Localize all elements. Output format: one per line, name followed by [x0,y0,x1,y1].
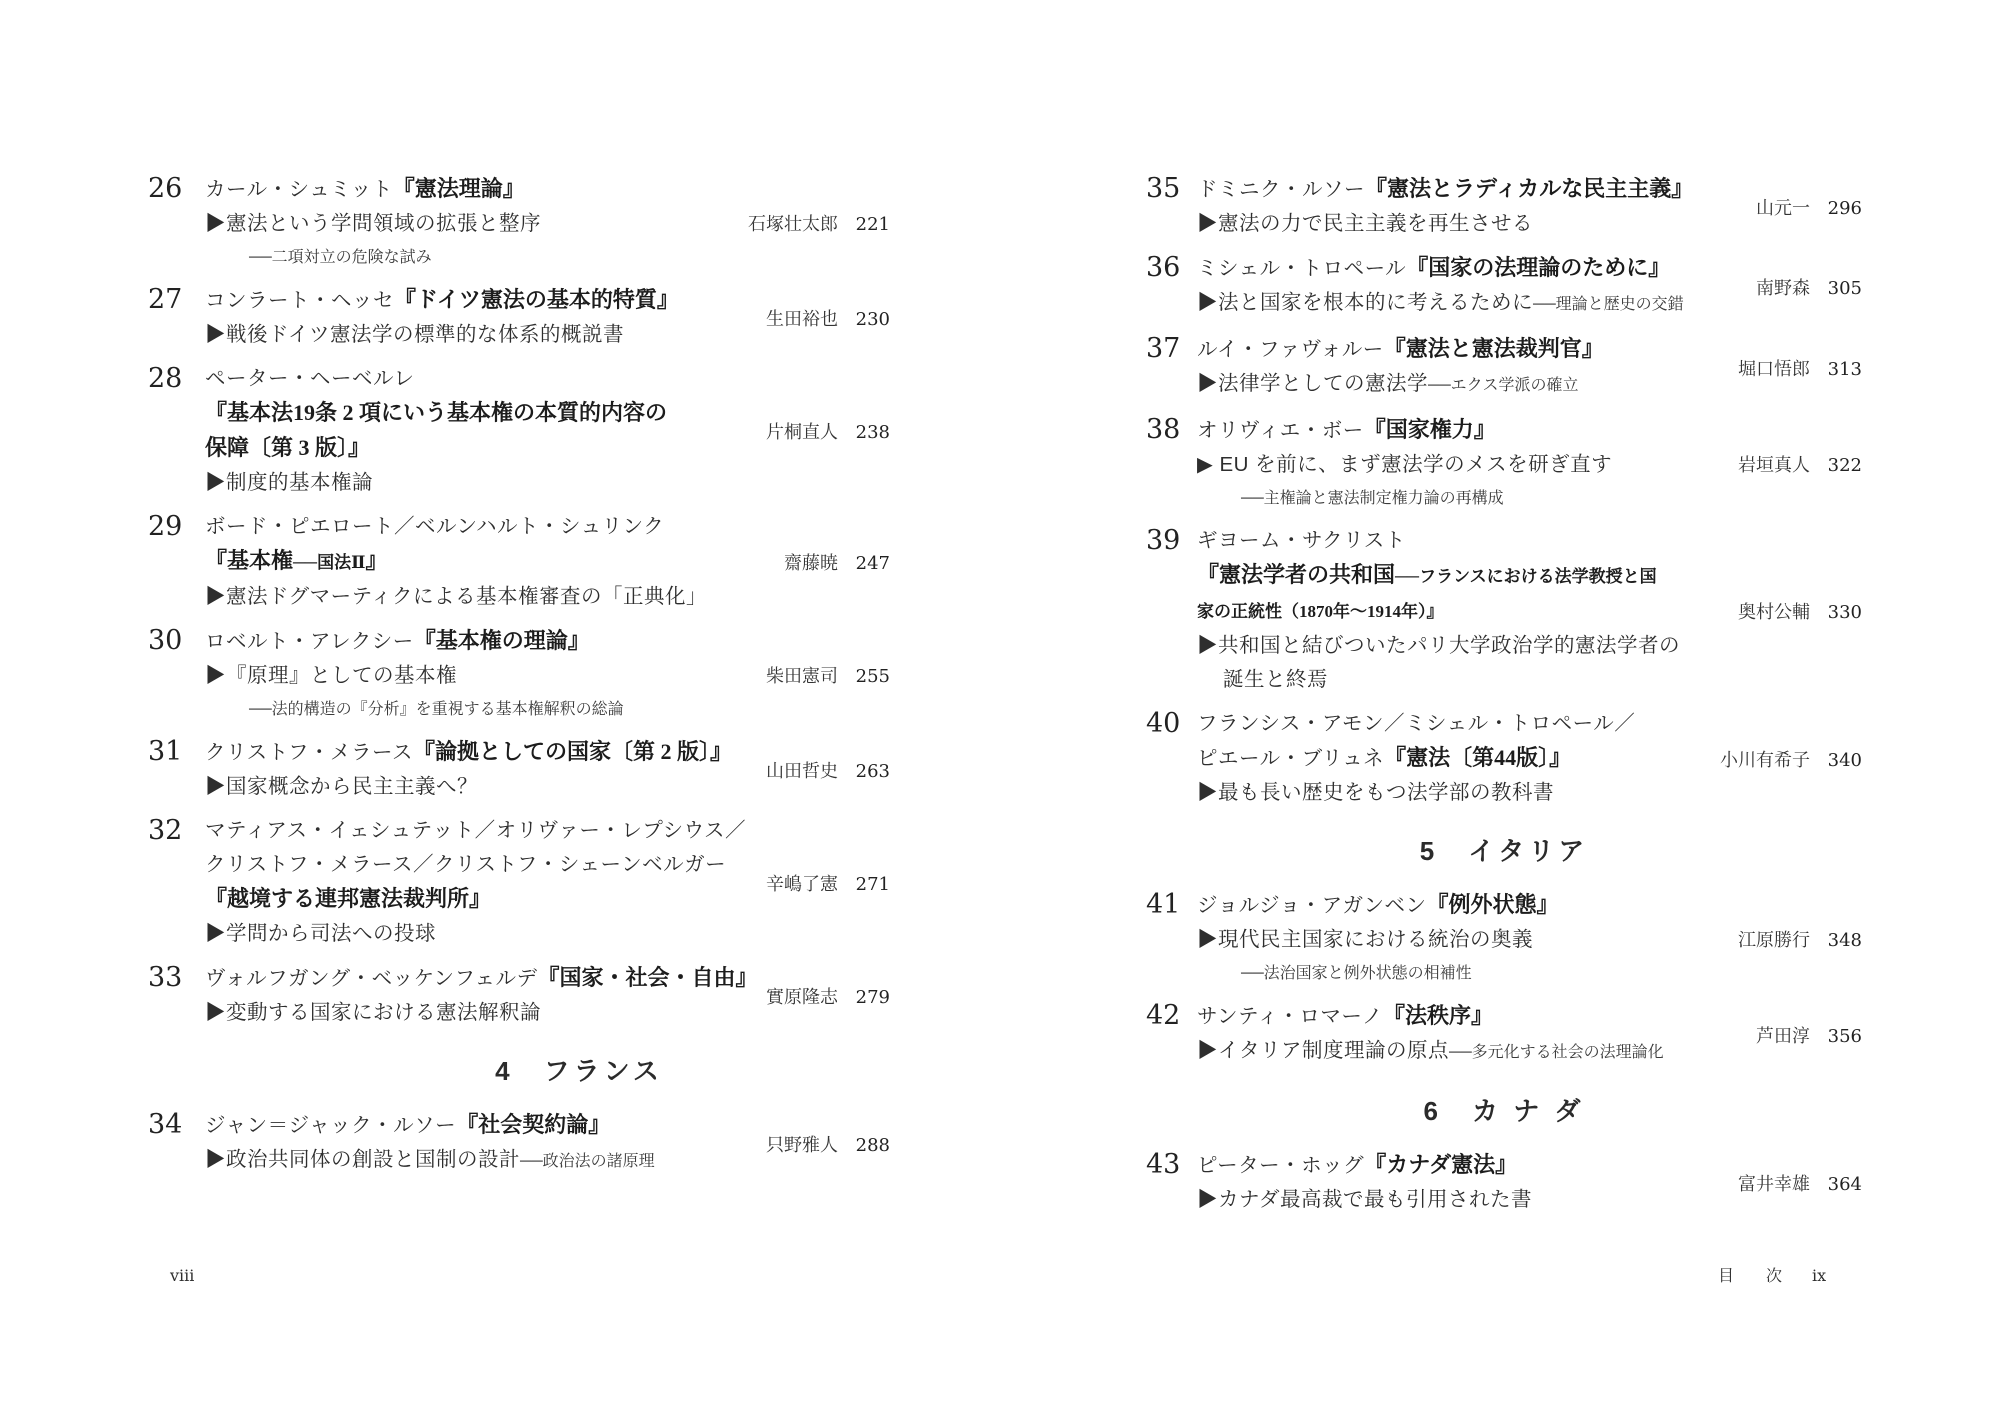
entry-author: 富井幸雄 [1738,1170,1810,1196]
entry-line: 家の正統性（1870年～1914年）』 [1197,594,1684,629]
entry-author: 堀口悟郎 [1738,355,1810,381]
dash-subtitle-text: ──理論と歴史の交錯 [1533,296,1684,313]
entry-text: ▶イタリア制度理論の原点 [1197,1039,1449,1062]
entry-text: ボード・ピエロート／ベルンハルト・シュリンク [205,515,664,538]
entry-line: ▶カナダ最高裁で最も引用された書 [1197,1183,1684,1217]
entry-author: 柴田憲司 [766,662,838,688]
footer-left-page-number: viii [170,1266,194,1286]
entry-number: 39 [1146,524,1197,697]
entry-meta: 堀口悟郎313 [1684,355,1862,381]
entry-page-number: 271 [838,874,890,895]
footer-right: 目 次 ix [1718,1266,1826,1287]
entry-text: ▶法律学としての憲法学 [1197,372,1428,395]
entry-meta: 南野森305 [1684,274,1862,300]
entry-page-number: 356 [1810,1026,1862,1047]
entry-number: 27 [148,283,205,352]
entry-number: 31 [148,735,205,804]
entry-lines: ルイ・ファヴォルー『憲法と憲法裁判官』▶法律学としての憲法学──エクス学派の確立 [1197,332,1684,403]
entry-text: ピーター・ホッグ [1197,1154,1364,1177]
entry-page-number: 305 [1810,278,1862,299]
entry-text: ペーター・ヘーベルレ [205,367,415,390]
entry-number: 38 [1146,413,1197,514]
entry-author: 奥村公輔 [1738,598,1810,624]
entry-text: ロベルト・アレクシー [205,630,414,653]
entry-lines: フランシス・アモン／ミシェル・トロペール／ピエール・ブリュネ『憲法〔第44版〕』… [1197,707,1684,810]
footer-toc-label: 目 次 [1718,1267,1790,1287]
entry-line: ボード・ピエロート／ベルンハルト・シュリンク [205,510,712,544]
dash-subtitle-text: ──主権論と憲法制定権力論の再構成 [1241,490,1504,507]
entry-lines: コンラート・ヘッセ『ドイツ憲法の基本的特質』▶戦後ドイツ憲法学の標準的な体系的概… [205,283,712,352]
entry-lines: ギヨーム・サクリスト『憲法学者の共和国──フランスにおける法学教授と国家の正統性… [1197,524,1684,697]
entry-number: 40 [1146,707,1197,810]
book-title-text: 『国家権力』 [1364,417,1496,442]
toc-spread: 26カール・シュミット『憲法理論』▶憲法という学問領域の拡張と整序──二項対立の… [0,0,2000,1414]
entry-author: 小川有希子 [1720,746,1810,772]
entry-author: 芦田淳 [1756,1022,1810,1048]
entry-lines: ドミニク・ルソー『憲法とラディカルな民主主義』▶憲法の力で民主主義を再生させる [1197,172,1684,241]
toc-entry: 30ロベルト・アレクシー『基本権の理論』▶『原理』としての基本権──法的構造の『… [148,624,890,725]
toc-entry: 29ボード・ピエロート／ベルンハルト・シュリンク『基本権──国法Ⅱ』▶憲法ドグマ… [148,510,890,614]
entry-text: ▶学問から司法への投球 [205,922,436,945]
entry-number: 42 [1146,999,1197,1070]
toc-entry: 40フランシス・アモン／ミシェル・トロペール／ピエール・ブリュネ『憲法〔第44版… [1146,707,1862,810]
entry-page-number: 238 [838,422,890,443]
entry-meta: 片桐直人238 [712,418,890,444]
dash-subtitle-text: ──法的構造の『分析』を重視する基本権解釈の総論 [249,701,624,718]
toc-entry: 43ピーター・ホッグ『カナダ憲法』▶カナダ最高裁で最も引用された書富井幸雄364 [1146,1148,1862,1217]
entry-line: ピーター・ホッグ『カナダ憲法』 [1197,1148,1684,1183]
entry-meta: 齋藤暁247 [712,549,890,575]
section-heading: 4 フランス [208,1054,950,1088]
entry-text: ヴォルフガング・ベッケンフェルデ [205,967,538,990]
book-title-text: 』 [365,548,387,573]
entry-line: ピエール・ブリュネ『憲法〔第44版〕』 [1197,741,1684,776]
entry-text: ▶国家概念から民主主義へ？ [205,775,478,798]
entry-text: ▶現代民主国家における統治の奥義 [1197,928,1533,951]
entry-line: 保障〔第 3 版〕』 [205,431,712,466]
entry-line: ロベルト・アレクシー『基本権の理論』 [205,624,712,659]
entry-text: ▶憲法の力で民主主義を再生させる [1197,212,1533,235]
entry-lines: ジョルジョ・アガンベン『例外状態』▶現代民主国家における統治の奥義──法治国家と… [1197,888,1684,989]
entry-meta: 岩垣真人322 [1684,451,1862,477]
dash-subtitle-text: ──法治国家と例外状態の相補性 [1241,965,1472,982]
book-title-text: 『カナダ憲法』 [1364,1152,1517,1177]
book-title-text: 保障〔第 3 版〕』 [205,435,370,460]
entry-line: ルイ・ファヴォルー『憲法と憲法裁判官』 [1197,332,1684,367]
entry-page-number: 330 [1810,602,1862,623]
page-right: 35ドミニク・ルソー『憲法とラディカルな民主主義』▶憲法の力で民主主義を再生させ… [1146,0,1862,1227]
entry-lines: ジャン＝ジャック・ルソー『社会契約論』▶政治共同体の創設と国制の設計──政治法の… [205,1108,712,1179]
entry-text: ▶ EU を前に、まず憲法学のメスを研ぎ直す [1197,453,1612,476]
entry-number: 33 [148,961,205,1030]
entry-line: ▶『原理』としての基本権 [205,659,712,693]
entry-line: ▶憲法の力で民主主義を再生させる [1197,207,1684,241]
entry-line: サンティ・ロマーノ『法秩序』 [1197,999,1684,1034]
entry-lines: クリストフ・メラース『論拠としての国家〔第 2 版〕』▶国家概念から民主主義へ？ [205,735,712,804]
entry-page-number: 263 [838,761,890,782]
entry-meta: 江原勝行348 [1684,926,1862,952]
entry-lines: サンティ・ロマーノ『法秩序』▶イタリア制度理論の原点──多元化する社会の法理論化 [1197,999,1684,1070]
entry-meta: 辛嶋了憲271 [712,870,890,896]
entry-page-number: 230 [838,309,890,330]
book-title-text: 『社会契約論』 [456,1112,610,1137]
entry-number: 41 [1146,888,1197,989]
entry-text: ▶憲法ドグマーティクによる基本権審査の「正典化」 [205,585,707,608]
entry-text: クリストフ・メラース／クリストフ・シェーンベルガー [205,853,726,876]
entry-line: ──法治国家と例外状態の相補性 [1197,957,1684,989]
toc-entry: 33ヴォルフガング・ベッケンフェルデ『国家・社会・自由』▶変動する国家における憲… [148,961,890,1030]
entry-line: ペーター・ヘーベルレ [205,362,712,396]
dash-subtitle-text: ──政治法の諸原理 [520,1153,655,1170]
entry-line: ▶制度的基本権論 [205,466,712,500]
entry-number: 32 [148,814,205,951]
entry-text: ジャン＝ジャック・ルソー [205,1114,456,1137]
entry-line: ▶憲法という学問領域の拡張と整序 [205,207,712,241]
book-title-small-text: 家の正統性（1870年～1914年）』 [1197,602,1444,621]
toc-entry: 36ミシェル・トロペール『国家の法理論のために』▶法と国家を根本的に考えるために… [1146,251,1862,322]
entry-author: 齋藤暁 [784,549,838,575]
entry-line: ▶イタリア制度理論の原点──多元化する社会の法理論化 [1197,1034,1684,1070]
entry-meta: 實原隆志279 [712,983,890,1009]
entry-author: 江原勝行 [1738,926,1810,952]
entry-text: ▶憲法という学問領域の拡張と整序 [205,212,541,235]
entry-line: ▶現代民主国家における統治の奥義 [1197,923,1684,957]
entry-author: 石塚壮太郎 [748,210,838,236]
entry-text: 誕生と終焉 [1223,668,1328,691]
page-right-items: 35ドミニク・ルソー『憲法とラディカルな民主主義』▶憲法の力で民主主義を再生させ… [1146,172,1862,1217]
entry-text: ギヨーム・サクリスト [1197,529,1406,552]
toc-entry: 42サンティ・ロマーノ『法秩序』▶イタリア制度理論の原点──多元化する社会の法理… [1146,999,1862,1070]
toc-entry: 26カール・シュミット『憲法理論』▶憲法という学問領域の拡張と整序──二項対立の… [148,172,890,273]
entry-text: マティアス・イェシュテット／オリヴァー・レプシウス／ [205,819,746,842]
entry-number: 37 [1146,332,1197,403]
section-heading: 6 カ ナ ダ [1146,1094,1862,1128]
entry-text: ▶戦後ドイツ憲法学の標準的な体系的概説書 [205,323,624,346]
entry-line: ──二項対立の危険な試み [205,241,712,273]
entry-lines: ヴォルフガング・ベッケンフェルデ『国家・社会・自由』▶変動する国家における憲法解… [205,961,712,1030]
entry-line: ▶法律学としての憲法学──エクス学派の確立 [1197,367,1684,403]
entry-author: 南野森 [1756,274,1810,300]
toc-entry: 38オリヴィエ・ボー『国家権力』▶ EU を前に、まず憲法学のメスを研ぎ直す──… [1146,413,1862,514]
entry-page-number: 279 [838,987,890,1008]
book-title-text: 『例外状態』 [1426,892,1558,917]
entry-page-number: 255 [838,666,890,687]
entry-page-number: 322 [1810,455,1862,476]
entry-line: 『基本法19条 2 項にいう基本権の本質的内容の [205,396,712,431]
entry-text: ▶政治共同体の創設と国制の設計 [205,1148,520,1171]
entry-author: 片桐直人 [766,418,838,444]
entry-line: ▶最も長い歴史をもつ法学部の教科書 [1197,776,1684,810]
entry-lines: ミシェル・トロペール『国家の法理論のために』▶法と国家を根本的に考えるために──… [1197,251,1684,322]
entry-line: ドミニク・ルソー『憲法とラディカルな民主主義』 [1197,172,1684,207]
entry-meta: 石塚壮太郎221 [712,210,890,236]
book-title-text: 『ドイツ憲法の基本的特質』 [394,287,679,312]
entry-lines: ボード・ピエロート／ベルンハルト・シュリンク『基本権──国法Ⅱ』▶憲法ドグマーテ… [205,510,712,614]
entry-page-number: 247 [838,553,890,574]
entry-page-number: 221 [838,214,890,235]
page-left: 26カール・シュミット『憲法理論』▶憲法という学問領域の拡張と整序──二項対立の… [148,0,890,1189]
entry-line: オリヴィエ・ボー『国家権力』 [1197,413,1684,448]
entry-lines: ピーター・ホッグ『カナダ憲法』▶カナダ最高裁で最も引用された書 [1197,1148,1684,1217]
book-title-text: 『国家の法理論のために』 [1406,255,1670,280]
book-title-text: 『憲法とラディカルな民主主義』 [1365,176,1693,201]
footer-right-page-number: ix [1812,1266,1826,1286]
entry-number: 36 [1146,251,1197,322]
entry-line: 『越境する連邦憲法裁判所』 [205,882,712,917]
entry-line: ──法的構造の『分析』を重視する基本権解釈の総論 [205,693,712,725]
entry-line: コンラート・ヘッセ『ドイツ憲法の基本的特質』 [205,283,712,318]
entry-text: オリヴィエ・ボー [1197,419,1364,442]
entry-meta: 芦田淳356 [1684,1022,1862,1048]
entry-text: ▶制度的基本権論 [205,471,373,494]
entry-text: ▶変動する国家における憲法解釈論 [205,1001,541,1024]
book-title-small-text: ──フランスにおける法学教授と国 [1395,567,1657,586]
entry-text: クリストフ・メラース [205,741,413,764]
entry-line: 『基本権──国法Ⅱ』 [205,544,712,580]
toc-entry: 39ギヨーム・サクリスト『憲法学者の共和国──フランスにおける法学教授と国家の正… [1146,524,1862,697]
entry-text: ドミニク・ルソー [1197,178,1365,201]
entry-number: 29 [148,510,205,614]
entry-line: クリストフ・メラース／クリストフ・シェーンベルガー [205,848,712,882]
book-title-text: 『憲法と憲法裁判官』 [1384,336,1604,361]
entry-meta: 山元一296 [1684,194,1862,220]
toc-entry: 31クリストフ・メラース『論拠としての国家〔第 2 版〕』▶国家概念から民主主義… [148,735,890,804]
toc-entry: 35ドミニク・ルソー『憲法とラディカルな民主主義』▶憲法の力で民主主義を再生させ… [1146,172,1862,241]
entry-page-number: 288 [838,1135,890,1156]
entry-text: ▶『原理』としての基本権 [205,664,457,687]
entry-line: ▶法と国家を根本的に考えるために──理論と歴史の交錯 [1197,286,1684,322]
book-title-text: 『憲法〔第44版〕』 [1384,745,1571,770]
toc-entry: 28ペーター・ヘーベルレ『基本法19条 2 項にいう基本権の本質的内容の保障〔第… [148,362,890,500]
entry-number: 34 [148,1108,205,1179]
entry-number: 30 [148,624,205,725]
entry-line: ▶政治共同体の創設と国制の設計──政治法の諸原理 [205,1143,712,1179]
entry-meta: 生田裕也230 [712,305,890,331]
entry-meta: 奥村公輔330 [1684,598,1862,624]
entry-lines: ペーター・ヘーベルレ『基本法19条 2 項にいう基本権の本質的内容の保障〔第 3… [205,362,712,500]
book-title-text: 『憲法理論』 [393,176,525,201]
book-title-text: 『基本権 [205,548,293,573]
entry-line: クリストフ・メラース『論拠としての国家〔第 2 版〕』 [205,735,712,770]
entry-line: ジャン＝ジャック・ルソー『社会契約論』 [205,1108,712,1143]
entry-text: ミシェル・トロペール [1197,257,1406,280]
entry-line: ▶国家概念から民主主義へ？ [205,770,712,804]
entry-text: ▶最も長い歴史をもつ法学部の教科書 [1197,781,1554,804]
entry-line: ジョルジョ・アガンベン『例外状態』 [1197,888,1684,923]
entry-page-number: 364 [1810,1174,1862,1195]
entry-line: ギヨーム・サクリスト [1197,524,1684,558]
entry-line: ヴォルフガング・ベッケンフェルデ『国家・社会・自由』 [205,961,712,996]
entry-author: 實原隆志 [766,983,838,1009]
entry-lines: オリヴィエ・ボー『国家権力』▶ EU を前に、まず憲法学のメスを研ぎ直す──主権… [1197,413,1684,514]
entry-author: 只野雅人 [766,1131,838,1157]
entry-text: ▶カナダ最高裁で最も引用された書 [1197,1188,1532,1211]
entry-line: フランシス・アモン／ミシェル・トロペール／ [1197,707,1684,741]
entry-text: ▶共和国と結びついたパリ大学政治学的憲法学者の [1197,634,1680,657]
book-title-text: 『論拠としての国家〔第 2 版〕』 [413,739,732,764]
entry-lines: カール・シュミット『憲法理論』▶憲法という学問領域の拡張と整序──二項対立の危険… [205,172,712,273]
entry-lines: マティアス・イェシュテット／オリヴァー・レプシウス／クリストフ・メラース／クリス… [205,814,712,951]
entry-lines: ロベルト・アレクシー『基本権の理論』▶『原理』としての基本権──法的構造の『分析… [205,624,712,725]
book-title-text: 『法秩序』 [1383,1003,1493,1028]
toc-entry: 34ジャン＝ジャック・ルソー『社会契約論』▶政治共同体の創設と国制の設計──政治… [148,1108,890,1179]
entry-line: ▶憲法ドグマーティクによる基本権審査の「正典化」 [205,580,712,614]
entry-line: カール・シュミット『憲法理論』 [205,172,712,207]
entry-author: 山田哲史 [766,757,838,783]
entry-line: ──主権論と憲法制定権力論の再構成 [1197,482,1684,514]
entry-line: ▶共和国と結びついたパリ大学政治学的憲法学者の [1197,629,1684,663]
entry-author: 岩垣真人 [1738,451,1810,477]
entry-meta: 富井幸雄364 [1684,1170,1862,1196]
entry-meta: 柴田憲司255 [712,662,890,688]
entry-author: 辛嶋了憲 [766,870,838,896]
entry-line: ▶ EU を前に、まず憲法学のメスを研ぎ直す [1197,448,1684,482]
entry-text: フランシス・アモン／ミシェル・トロペール／ [1197,712,1635,735]
entry-meta: 山田哲史263 [712,757,890,783]
book-title-text: 『憲法学者の共和国 [1197,562,1395,587]
entry-page-number: 348 [1810,930,1862,951]
entry-line: ▶戦後ドイツ憲法学の標準的な体系的概説書 [205,318,712,352]
entry-page-number: 340 [1810,750,1862,771]
book-title-small-text: ──国法Ⅱ [293,553,365,572]
entry-meta: 小川有希子340 [1684,746,1862,772]
book-title-text: 『基本法19条 2 項にいう基本権の本質的内容の [205,400,667,425]
entry-text: ▶法と国家を根本的に考えるために [1197,291,1533,314]
entry-page-number: 296 [1810,198,1862,219]
section-heading: 5 イタリア [1146,834,1862,868]
toc-entry: 41ジョルジョ・アガンベン『例外状態』▶現代民主国家における統治の奥義──法治国… [1146,888,1862,989]
entry-text: サンティ・ロマーノ [1197,1005,1383,1028]
entry-line: マティアス・イェシュテット／オリヴァー・レプシウス／ [205,814,712,848]
entry-author: 生田裕也 [766,305,838,331]
entry-text: ピエール・ブリュネ [1197,747,1384,770]
entry-number: 35 [1146,172,1197,241]
entry-text: コンラート・ヘッセ [205,289,394,312]
entry-line: ▶変動する国家における憲法解釈論 [205,996,712,1030]
entry-number: 28 [148,362,205,500]
entry-line: 誕生と終焉 [1197,663,1684,697]
dash-subtitle-text: ──多元化する社会の法理論化 [1449,1044,1664,1061]
entry-page-number: 313 [1810,359,1862,380]
entry-author: 山元一 [1756,194,1810,220]
entry-line: ミシェル・トロペール『国家の法理論のために』 [1197,251,1684,286]
entry-line: ▶学問から司法への投球 [205,917,712,951]
toc-entry: 37ルイ・ファヴォルー『憲法と憲法裁判官』▶法律学としての憲法学──エクス学派の… [1146,332,1862,403]
dash-subtitle-text: ──二項対立の危険な試み [249,249,432,266]
entry-text: ルイ・ファヴォルー [1197,338,1384,361]
toc-entry: 27コンラート・ヘッセ『ドイツ憲法の基本的特質』▶戦後ドイツ憲法学の標準的な体系… [148,283,890,352]
dash-subtitle-text: ──エクス学派の確立 [1428,377,1579,394]
toc-entry: 32マティアス・イェシュテット／オリヴァー・レプシウス／クリストフ・メラース／ク… [148,814,890,951]
entry-number: 43 [1146,1148,1197,1217]
book-title-text: 『越境する連邦憲法裁判所』 [205,886,491,911]
entry-text: ジョルジョ・アガンベン [1197,894,1426,917]
entry-text: カール・シュミット [205,178,393,201]
book-title-text: 『基本権の理論』 [414,628,590,653]
entry-meta: 只野雅人288 [712,1131,890,1157]
page-left-items: 26カール・シュミット『憲法理論』▶憲法という学問領域の拡張と整序──二項対立の… [148,172,890,1179]
entry-number: 26 [148,172,205,273]
entry-line: 『憲法学者の共和国──フランスにおける法学教授と国 [1197,558,1684,594]
